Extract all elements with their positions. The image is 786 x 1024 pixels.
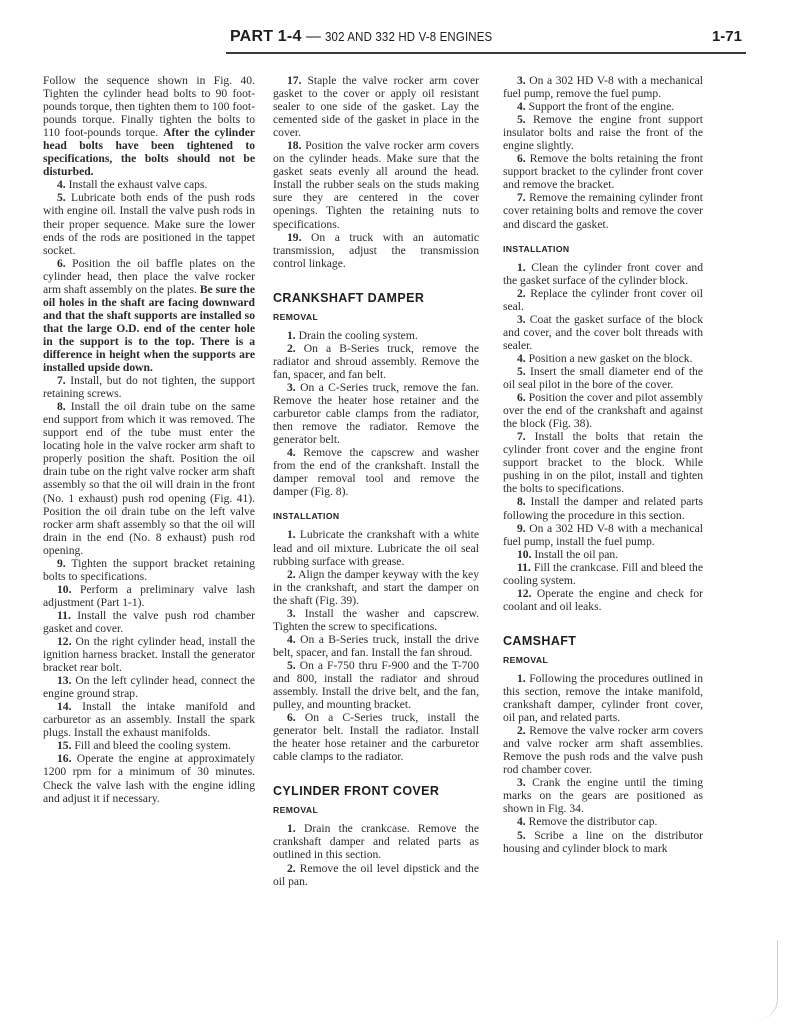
cover-removal-step-5: 5. Remove the engine front support insul… [503, 113, 703, 152]
step-15: 15. Fill and bleed the cooling system. [43, 739, 255, 752]
damper-install-step-1: 1. Lubricate the crankshaft with a white… [273, 528, 479, 567]
heading-camshaft: CAMSHAFT [503, 635, 703, 648]
step-19: 19. On a truck with an automatic transmi… [273, 231, 479, 270]
cover-install-step-7: 7. Install the bolts that retain the cyl… [503, 430, 703, 495]
column-1: Follow the sequence shown in Fig. 40. Ti… [43, 74, 255, 805]
step-7: 7. Install, but do not tighten, the supp… [43, 374, 255, 400]
step-4: 4. Install the exhaust valve caps. [43, 178, 255, 191]
cover-install-step-9: 9. On a 302 HD V-8 with a mechanical fue… [503, 522, 703, 548]
damper-install-step-6: 6. On a C-Series truck, install the gene… [273, 711, 479, 763]
camshaft-removal-step-2: 2. Remove the valve rocker arm covers an… [503, 724, 703, 776]
heading-crankshaft-damper: CRANKSHAFT DAMPER [273, 292, 479, 305]
damper-removal-step-2: 2. On a B-Series truck, remove the radia… [273, 342, 479, 381]
cover-removal-step-1: 1. Drain the crankcase. Remove the crank… [273, 822, 479, 861]
page-edge-curl [757, 940, 778, 1020]
step-5: 5. Lubricate both ends of the push rods … [43, 191, 255, 256]
subheading-installation: INSTALLATION [273, 510, 479, 523]
cover-install-step-6: 6. Position the cover and pilot assembly… [503, 391, 703, 430]
subheading-removal: REMOVAL [503, 654, 703, 667]
step-17: 17. Staple the valve rocker arm cover ga… [273, 74, 479, 139]
step-10: 10. Perform a preliminary valve lash adj… [43, 583, 255, 609]
step-13: 13. On the left cylinder head, connect t… [43, 674, 255, 700]
cover-removal-step-4: 4. Support the front of the engine. [503, 100, 703, 113]
running-title: PART 1-4 — 302 AND 332 HD V-8 ENGINES [230, 28, 516, 46]
camshaft-removal-step-5: 5. Scribe a line on the distributor hous… [503, 829, 703, 855]
cover-install-step-4: 4. Position a new gasket on the block. [503, 352, 703, 365]
cover-install-step-5: 5. Insert the small diameter end of the … [503, 365, 703, 391]
cover-install-step-1: 1. Clean the cylinder front cover and th… [503, 261, 703, 287]
cover-install-step-3: 3. Coat the gasket surface of the block … [503, 313, 703, 352]
subheading-removal: REMOVAL [273, 311, 479, 324]
cover-install-step-12: 12. Operate the engine and check for coo… [503, 587, 703, 613]
page-header: PART 1-4 — 302 AND 332 HD V-8 ENGINES 1-… [226, 26, 746, 54]
step-14: 14. Install the intake manifold and carb… [43, 700, 255, 739]
step-18: 18. Position the valve rocker arm covers… [273, 139, 479, 230]
part-label: PART 1-4 [230, 28, 302, 45]
column-3: 3. On a 302 HD V-8 with a mechanical fue… [503, 74, 703, 855]
cover-install-step-2: 2. Replace the cylinder front cover oil … [503, 287, 703, 313]
damper-removal-step-4: 4. Remove the capscrew and washer from t… [273, 446, 479, 498]
step-9: 9. Tighten the support bracket retaining… [43, 557, 255, 583]
cover-install-step-11: 11. Fill the crankcase. Fill and bleed t… [503, 561, 703, 587]
damper-removal-step-1: 1. Drain the cooling system. [273, 329, 479, 342]
damper-install-step-4: 4. On a B-Series truck, install the driv… [273, 633, 479, 659]
camshaft-removal-step-1: 1. Following the procedures outlined in … [503, 672, 703, 724]
camshaft-removal-step-3: 3. Crank the engine until the timing mar… [503, 776, 703, 815]
page-number: 1-71 [712, 28, 742, 45]
step-8: 8. Install the oil drain tube on the sam… [43, 400, 255, 557]
step-16: 16. Operate the engine at approximately … [43, 752, 255, 804]
cover-removal-step-7: 7. Remove the remaining cylinder front c… [503, 191, 703, 230]
camshaft-removal-step-4: 4. Remove the distributor cap. [503, 815, 703, 828]
title-dash: — [302, 28, 326, 45]
damper-install-step-5: 5. On a F-750 thru F-900 and the T-700 a… [273, 659, 479, 711]
step-12: 12. On the right cylinder head, install … [43, 635, 255, 674]
cover-removal-step-6: 6. Remove the bolts retaining the front … [503, 152, 703, 191]
column-2: 17. Staple the valve rocker arm cover ga… [273, 74, 479, 888]
cover-removal-step-2: 2. Remove the oil level dipstick and the… [273, 862, 479, 888]
damper-install-step-2: 2. Align the damper keyway with the key … [273, 568, 479, 607]
damper-install-step-3: 3. Install the washer and capscrew. Tigh… [273, 607, 479, 633]
section-title: 302 AND 332 HD V-8 ENGINES [325, 29, 492, 44]
cover-install-step-8: 8. Install the damper and related parts … [503, 495, 703, 521]
damper-removal-step-3: 3. On a C-Series truck, remove the fan. … [273, 381, 479, 446]
subheading-removal: REMOVAL [273, 804, 479, 817]
cover-install-step-10: 10. Install the oil pan. [503, 548, 703, 561]
cover-removal-step-3: 3. On a 302 HD V-8 with a mechanical fue… [503, 74, 703, 100]
step-6: 6. Position the oil baffle plates on the… [43, 257, 255, 374]
step-11: 11. Install the valve push rod chamber g… [43, 609, 255, 635]
subheading-installation: INSTALLATION [503, 243, 703, 256]
heading-cylinder-front-cover: CYLINDER FRONT COVER [273, 785, 479, 798]
paragraph-intro: Follow the sequence shown in Fig. 40. Ti… [43, 74, 255, 178]
